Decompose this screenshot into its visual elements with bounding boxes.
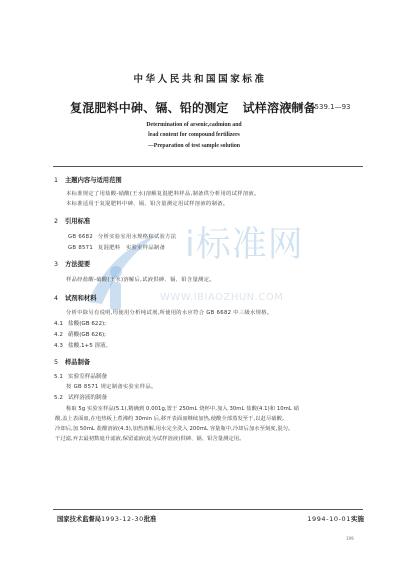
subsection-5-2-line-1: 称取 5g 实验室样品(5.1),精确到 0.001g,置于 250mL 烧杯中…: [66, 404, 299, 412]
section-2-heading: 2引用标准: [54, 216, 90, 225]
approval-info: 国家技术监督局1993-12-30批准: [57, 514, 156, 523]
english-title-line-1: Determination of arsenic,cadmiun and: [0, 122, 394, 128]
section-4-heading: 4试剂和材料: [54, 293, 96, 302]
document-title: 复混肥料中砷、镉、铅的测定试样溶液制备: [70, 99, 316, 116]
watermark-text: i标准网: [185, 217, 304, 267]
reference-item: GB 6682分析实验室用水规格和试验方法: [68, 232, 176, 240]
national-standard-heading: 中华人民共和国国家标准: [0, 71, 400, 85]
section-4-intro: 分析中除另有说明,均使用分析纯试剂,所使用的水应符合 GB 6682 中三级水规…: [66, 308, 272, 316]
subsection-5-2-line-2: 酸,盖上表面皿,在电热板上煮沸约 30min 后,移开表面皿继续加热,使酸全部蒸…: [55, 414, 287, 422]
reference-item: GB 8571复混肥料 实验室样品制备: [68, 243, 165, 251]
subsection-5-2-line-3: 冷却后,加 50mL 盐酸溶液(4.3),加热溶解,用水完全洗入 200mL 容…: [55, 424, 293, 432]
effective-info: 1994-10-01实施: [307, 514, 364, 523]
section-3-paragraph: 样品经盐酸-硝酸(王水)溶解后,试液供砷、镉、铅含量测定。: [66, 275, 215, 283]
subsection-5-2-heading: 5.2试样溶液的制备: [54, 393, 107, 401]
english-title-line-2: lead content for compound fertilizers: [0, 132, 394, 138]
standard-code: 14539.1—93: [306, 103, 351, 111]
bottom-divider: [53, 509, 363, 510]
section-1-paragraph-2: 本标准适用于复混肥料中砷、镉、铅含量测定用试样溶液的制备。: [66, 199, 228, 207]
section-1-paragraph-1: 本标准规定了用盐酸-硝酸(王水)溶解复混肥料样品,制备供分析用的试样溶液。: [66, 189, 260, 197]
standard-prefix: GB/T: [286, 104, 303, 111]
reagent-item: 4.3盐酸,1+5 溶液。: [54, 341, 111, 349]
subsection-5-1-heading: 5.1实验室样品制备: [54, 372, 107, 380]
page-number: 199: [346, 536, 354, 541]
subsection-5-2-line-4: 干过滤,弃去最初数毫升滤液,保留滤液(此为试样溶液)供砷、镉、铅含量测定用。: [55, 434, 245, 442]
standard-number: GB/T 14539.1—93: [286, 103, 350, 111]
title-part-1: 复混肥料中砷、镉、铅的测定: [70, 101, 229, 115]
reagent-item: 4.1盐酸(GB 622);: [54, 319, 106, 327]
english-title-line-3: —Preparation of test sample solution: [0, 143, 394, 149]
section-3-heading: 3方法提要: [54, 259, 90, 268]
section-5-heading: 5样品制备: [54, 357, 90, 366]
top-divider: [53, 166, 363, 167]
subsection-5-1-text: 按 GB 8571 规定制备实验室样品。: [66, 382, 157, 390]
watermark-url: WWW.IBIAOZHUN.COM: [160, 292, 283, 303]
section-1-heading: 1主题内容与适用范围: [54, 175, 122, 184]
reagent-item: 4.2硝酸(GB 626);: [54, 330, 106, 338]
